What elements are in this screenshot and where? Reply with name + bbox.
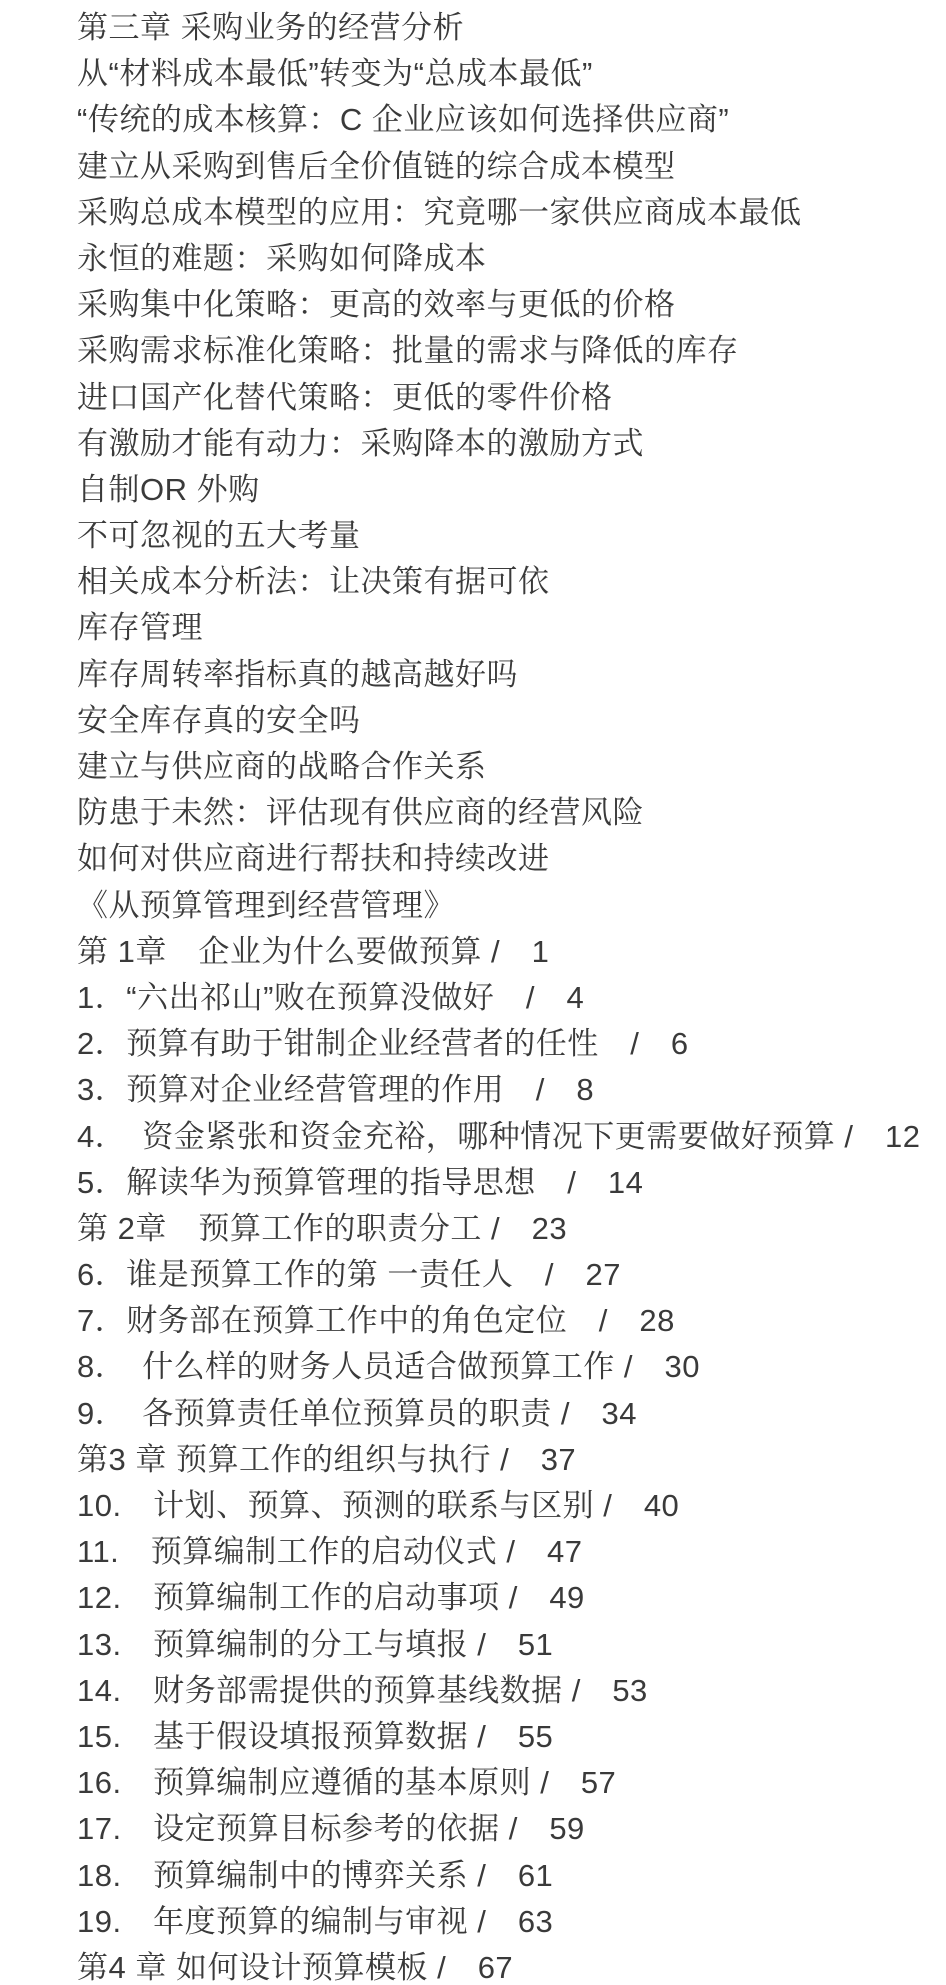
toc-line: 永恒的难题：采购如何降成本 — [77, 236, 936, 282]
toc-line: 15. 基于假设填报预算数据 / 55 — [77, 1714, 936, 1760]
toc-line: 11. 预算编制工作的启动仪式 / 47 — [77, 1529, 936, 1575]
toc-line: 18. 预算编制中的博弈关系 / 61 — [77, 1853, 936, 1899]
toc-line: 建立与供应商的战略合作关系 — [77, 744, 936, 790]
toc-line: 2．预算有助于钳制企业经营者的任性 / 6 — [77, 1021, 936, 1067]
table-of-contents: 第三章 采购业务的经营分析 从“材料成本最低”转变为“总成本最低” “传统的成本… — [0, 0, 946, 1985]
toc-chapter-heading: 第三章 采购业务的经营分析 — [77, 5, 936, 51]
toc-line: 8． 什么样的财务人员适合做预算工作 / 30 — [77, 1344, 936, 1390]
toc-line: 14. 财务部需提供的预算基线数据 / 53 — [77, 1668, 936, 1714]
toc-line: 19. 年度预算的编制与审视 / 63 — [77, 1899, 936, 1945]
toc-chapter-heading: 第 1章 企业为什么要做预算 / 1 — [77, 929, 936, 975]
toc-line: 12. 预算编制工作的启动事项 / 49 — [77, 1575, 936, 1621]
toc-line: 自制OR 外购 — [77, 467, 936, 513]
toc-line: 16. 预算编制应遵循的基本原则 / 57 — [77, 1760, 936, 1806]
toc-line: 库存周转率指标真的越高越好吗 — [77, 652, 936, 698]
toc-line: 7．财务部在预算工作中的角色定位 / 28 — [77, 1298, 936, 1344]
toc-chapter-heading: 第 2章 预算工作的职责分工 / 23 — [77, 1206, 936, 1252]
toc-line: 如何对供应商进行帮扶和持续改进 — [77, 836, 936, 882]
toc-line: 3．预算对企业经营管理的作用 / 8 — [77, 1067, 936, 1113]
toc-line: 不可忽视的五大考量 — [77, 513, 936, 559]
toc-line: 有激励才能有动力：采购降本的激励方式 — [77, 421, 936, 467]
toc-line: 从“材料成本最低”转变为“总成本最低” — [77, 51, 936, 97]
toc-line: 13. 预算编制的分工与填报 / 51 — [77, 1622, 936, 1668]
toc-line: 9． 各预算责任单位预算员的职责 / 34 — [77, 1391, 936, 1437]
toc-line: 采购需求标准化策略：批量的需求与降低的库存 — [77, 328, 936, 374]
toc-line: 采购集中化策略：更高的效率与更低的价格 — [77, 282, 936, 328]
toc-line: 17. 设定预算目标参考的依据 / 59 — [77, 1806, 936, 1852]
toc-chapter-heading: 第3 章 预算工作的组织与执行 / 37 — [77, 1437, 936, 1483]
toc-chapter-heading: 第4 章 如何设计预算模板 / 67 — [77, 1945, 936, 1985]
toc-line: 进口国产化替代策略：更低的零件价格 — [77, 375, 936, 421]
toc-line: 库存管理 — [77, 605, 936, 651]
document-page: 第三章 采购业务的经营分析 从“材料成本最低”转变为“总成本最低” “传统的成本… — [0, 0, 946, 1985]
toc-line: 10. 计划、预算、预测的联系与区别 / 40 — [77, 1483, 936, 1529]
toc-line: 4． 资金紧张和资金充裕，哪种情况下更需要做好预算 / 12 — [77, 1114, 936, 1160]
toc-line: 建立从采购到售后全价值链的综合成本模型 — [77, 144, 936, 190]
toc-line: 防患于未然：评估现有供应商的经营风险 — [77, 790, 936, 836]
toc-line: “传统的成本核算：C 企业应该如何选择供应商” — [77, 97, 936, 143]
toc-line: 6．谁是预算工作的第 一责任人 / 27 — [77, 1252, 936, 1298]
toc-line: 安全库存真的安全吗 — [77, 698, 936, 744]
toc-line: 相关成本分析法：让决策有据可依 — [77, 559, 936, 605]
toc-line: 1．“六出祁山”败在预算没做好 / 4 — [77, 975, 936, 1021]
toc-line: 5．解读华为预算管理的指导思想 / 14 — [77, 1160, 936, 1206]
book-title: 《从预算管理到经营管理》 — [77, 883, 936, 929]
toc-line: 采购总成本模型的应用：究竟哪一家供应商成本最低 — [77, 190, 936, 236]
